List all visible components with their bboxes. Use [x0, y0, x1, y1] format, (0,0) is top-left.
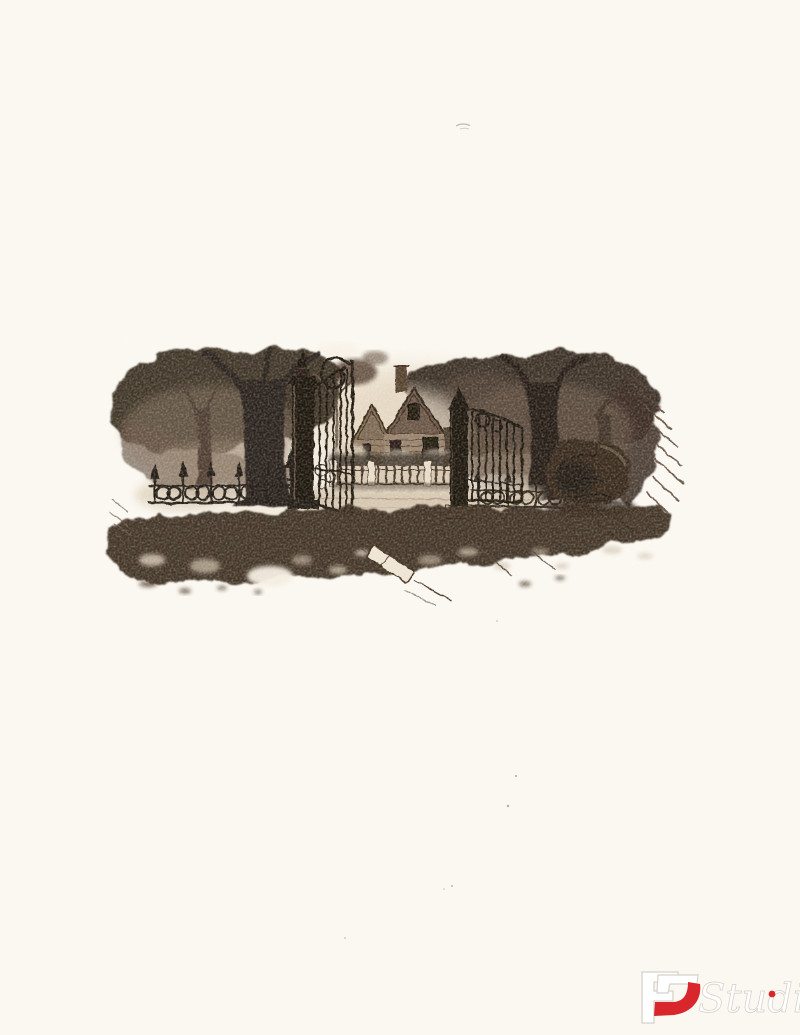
watermark-script-text: Studio [698, 976, 800, 1022]
studio-watermark: Studio [628, 960, 800, 1032]
scanned-artwork-page: Studio [0, 0, 800, 1035]
watermark-red-dot [769, 991, 776, 998]
pencil-sketch-artwork [0, 0, 800, 1035]
paper-grain [100, 335, 692, 607]
